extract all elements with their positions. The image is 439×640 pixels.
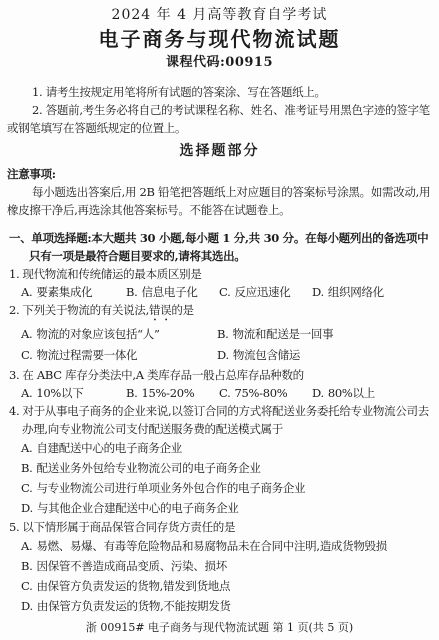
option-label: A.	[21, 386, 32, 400]
notes-label: 注意事项:	[7, 165, 432, 183]
question-stem-row: 3.在 ABC 库存分类法中,A 类库存品一般占总库存品种数的	[9, 366, 432, 384]
option-label: A.	[21, 539, 32, 553]
options-row: A.要素集成化 B.信息电子化 C.反应迅速化 D.组织网络化	[21, 283, 432, 301]
notes-body: 每小题选出答案后,用 2B 铅笔把答题纸上对应题目的答案标号涂黑。如需改动,用橡…	[7, 183, 432, 219]
option-label: B.	[21, 461, 33, 475]
option: C.反应迅速化	[219, 283, 312, 301]
option-text: 组织网络化	[328, 285, 384, 299]
question-stem: 的是	[171, 303, 193, 317]
option-text: 物流过程需要一体化	[36, 348, 137, 362]
option-text: 15%-20%	[142, 386, 195, 400]
option: B.配送业务外包给专业物流公司的电子商务企业	[21, 458, 432, 478]
notes-block: 注意事项: 每小题选出答案后,用 2B 铅笔把答题纸上对应题目的答案标号涂黑。如…	[7, 165, 432, 219]
option-text: 与专业物流公司进行单项业务外包合作的电子商务企业	[36, 481, 305, 495]
question-stem-row: 4.对于从事电子商务的企业来说,以签订合同的方式将配送业务委托给专业物流公司去办…	[9, 402, 432, 438]
candidate-instructions: 1. 请考生按规定用笔将所有试题的答案涂、写在答题纸上。 2. 答题前,考生务必…	[7, 83, 432, 137]
question-number: 4.	[9, 404, 19, 418]
option-text: 反应迅速化	[234, 285, 290, 299]
option: B.信息电子化	[126, 283, 219, 301]
option-label: C.	[21, 348, 32, 362]
option-label: C.	[21, 579, 32, 593]
option: C.与专业物流公司进行单项业务外包合作的电子商务企业	[21, 478, 432, 498]
option-label: A.	[21, 285, 32, 299]
question-stem: 在 ABC 库存分类法中,A 类库存品一般占总库存品种数的	[22, 368, 304, 382]
options-list: A.自建配送中心的电子商务企业 B.配送业务外包给专业物流公司的电子商务企业 C…	[21, 438, 432, 518]
option: D.组织网络化	[312, 283, 432, 301]
question-stem: 以下情形属于商品保管合同存货方责任的是	[22, 520, 235, 534]
instruction-item: 1. 请考生按规定用笔将所有试题的答案涂、写在答题纸上。	[7, 83, 432, 101]
option: D.物流包含储运	[217, 345, 432, 366]
option-label: B.	[126, 386, 138, 400]
question-number: 3.	[9, 368, 19, 382]
option: A.物流的对象应该包括“人”	[21, 324, 217, 345]
options-list: A.易燃、易爆、有毒等危险物品和易腐物品未在合同中注明,造成货物毁损 B.因保管…	[21, 536, 432, 616]
option-label: B.	[21, 559, 33, 573]
option-label: B.	[217, 327, 229, 341]
option-text: 易燃、易爆、有毒等危险物品和易腐物品未在合同中注明,造成货物毁损	[36, 539, 387, 553]
option: B.物流和配送是一回事	[217, 324, 432, 345]
option-label: C.	[219, 386, 230, 400]
option: A.10%以下	[21, 384, 126, 402]
option: C.由保管方负责发运的货物,错发到货地点	[21, 576, 432, 596]
option-text: 物流包含储运	[233, 348, 300, 362]
question-number: 5.	[9, 520, 19, 534]
options-row: A.10%以下 B.15%-20% C.75%-80% D.80%以上	[21, 384, 432, 402]
option: B.15%-20%	[126, 384, 219, 402]
question-3: 3.在 ABC 库存分类法中,A 类库存品一般占总库存品种数的 A.10%以下 …	[7, 366, 432, 402]
option: C.75%-80%	[219, 384, 312, 402]
option-label: C.	[21, 481, 32, 495]
option-label: D.	[312, 386, 324, 400]
option-text: 与其他企业合建配送中心的电子商务企业	[37, 501, 239, 515]
option: D.80%以上	[312, 384, 432, 402]
option-label: A.	[21, 441, 32, 455]
option: D.与其他企业合建配送中心的电子商务企业	[21, 498, 432, 518]
option-text: 物流和配送是一回事	[233, 327, 334, 341]
option-text: 物流的对象应该包括“人”	[36, 327, 159, 341]
question-number: 1.	[9, 267, 19, 281]
question-stem: 对于从事电子商务的企业来说,以签订合同的方式将配送业务委托给专业物流公司去办理,…	[22, 404, 429, 436]
option-label: C.	[219, 285, 230, 299]
part-one-heading: 一、单项选择题:本大题共 30 小题,每小题 1 分,共 30 分。在每小题列出…	[9, 229, 432, 265]
instruction-item: 2. 答题前,考生务必将自己的考试课程名称、姓名、准考证号用黑色字迹的签字笔或钢…	[7, 101, 432, 137]
option-label: B.	[126, 285, 138, 299]
course-code: 课程代码:00915	[7, 55, 432, 71]
option: B.因保管不善造成商品变质、污染、损坏	[21, 556, 432, 576]
option-text: 由保管方负责发运的货物,不能按期发货	[37, 599, 231, 613]
option-text: 80%以上	[328, 386, 375, 400]
question-stem: 现代物流和传统储运的最本质区别是	[22, 267, 201, 281]
option-text: 75%-80%	[234, 386, 287, 400]
option-label: A.	[21, 327, 32, 341]
page-footer: 浙 00915# 电子商务与现代物流试题 第 1 页(共 5 页)	[0, 621, 439, 635]
option-text: 由保管方负责发运的货物,错发到货地点	[36, 579, 230, 593]
page-title: 电子商务与现代物流试题	[7, 26, 432, 52]
exam-session-line: 2024 年 4 月高等教育自学考试	[7, 6, 432, 24]
question-1: 1.现代物流和传统储运的最本质区别是 A.要素集成化 B.信息电子化 C.反应迅…	[7, 265, 432, 301]
question-5: 5.以下情形属于商品保管合同存货方责任的是 A.易燃、易爆、有毒等危险物品和易腐…	[7, 518, 432, 616]
section-heading: 选择题部分	[7, 142, 432, 160]
option-text: 信息电子化	[142, 285, 198, 299]
option-label: D.	[21, 501, 33, 515]
option-text: 配送业务外包给专业物流公司的电子商务企业	[37, 461, 261, 475]
option-label: D.	[312, 285, 324, 299]
question-2: 2.下列关于物流的有关说法,错误的是 A.物流的对象应该包括“人” B.物流和配…	[7, 301, 432, 366]
option: A.要素集成化	[21, 283, 126, 301]
options-grid: A.物流的对象应该包括“人” B.物流和配送是一回事 C.物流过程需要一体化 D…	[21, 324, 432, 366]
question-stem-row: 1.现代物流和传统储运的最本质区别是	[9, 265, 432, 283]
option-text: 10%以下	[36, 386, 83, 400]
question-stem-row: 5.以下情形属于商品保管合同存货方责任的是	[9, 518, 432, 536]
option-text: 因保管不善造成商品变质、污染、损坏	[37, 559, 227, 573]
option: D.由保管方负责发运的货物,不能按期发货	[21, 596, 432, 616]
option-text: 自建配送中心的电子商务企业	[36, 441, 182, 455]
question-stem: 下列关于物流的有关说法,	[22, 303, 149, 317]
option: A.易燃、易爆、有毒等危险物品和易腐物品未在合同中注明,造成货物毁损	[21, 536, 432, 556]
option-label: D.	[217, 348, 229, 362]
question-stem-row: 2.下列关于物流的有关说法,错误的是	[9, 301, 432, 324]
option-label: D.	[21, 599, 33, 613]
exam-paper-page: 2024 年 4 月高等教育自学考试 电子商务与现代物流试题 课程代码:0091…	[0, 0, 439, 640]
question-number: 2.	[9, 303, 19, 317]
question-4: 4.对于从事电子商务的企业来说,以签订合同的方式将配送业务委托给专业物流公司去办…	[7, 402, 432, 518]
option: A.自建配送中心的电子商务企业	[21, 438, 432, 458]
option-text: 要素集成化	[36, 285, 92, 299]
option: C.物流过程需要一体化	[21, 345, 217, 366]
question-stem-emphasis: 错误	[149, 303, 171, 317]
